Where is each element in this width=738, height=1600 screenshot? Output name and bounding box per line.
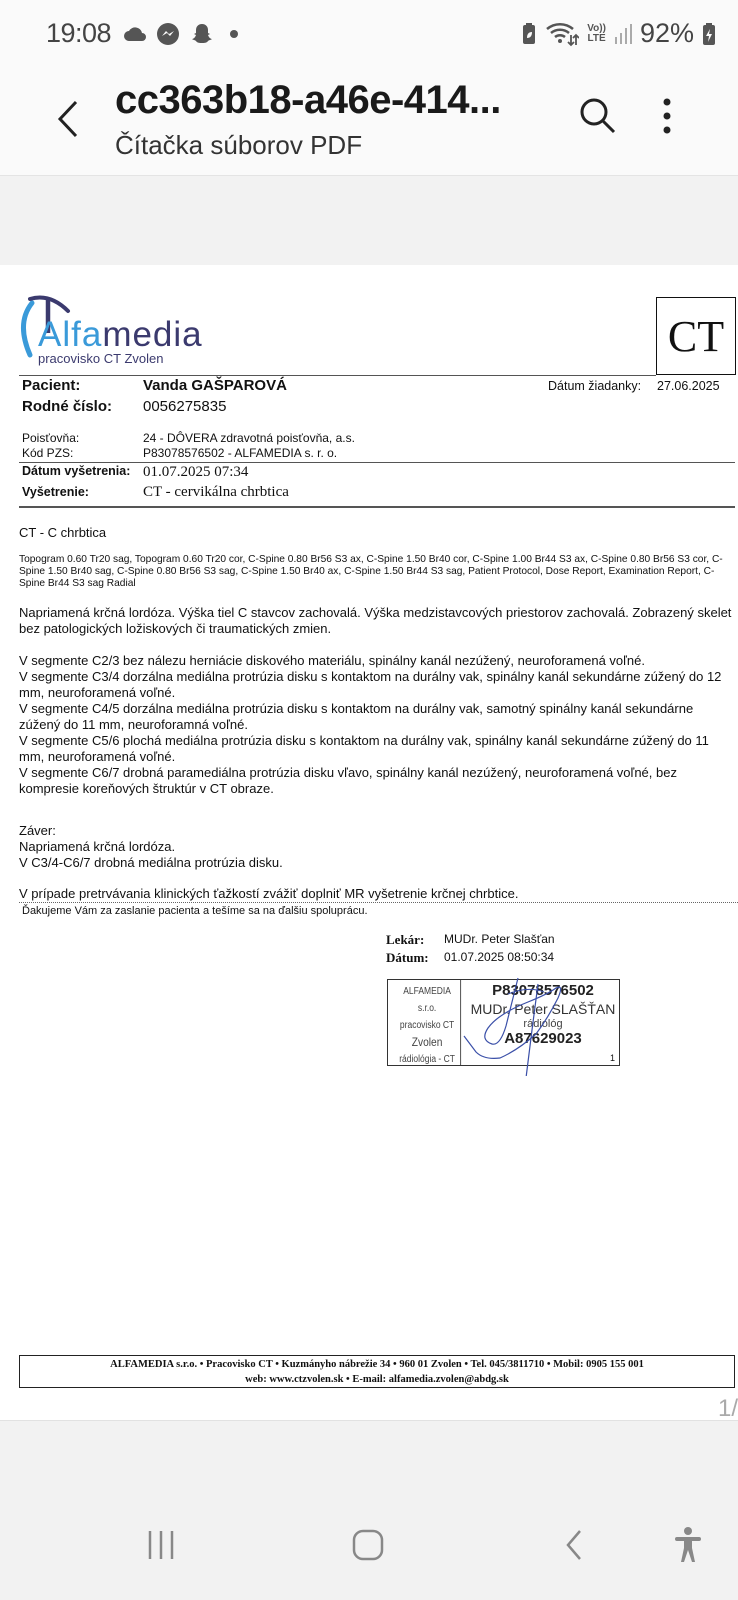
document-title: cc363b18-a46e-414... bbox=[115, 78, 501, 123]
conclusion-label: Záver: bbox=[19, 823, 734, 839]
section-title: CT - C chrbtica bbox=[19, 525, 734, 541]
status-bar: 19:08 Vo)) LTE 92% bbox=[0, 0, 738, 70]
back-button[interactable] bbox=[52, 94, 88, 144]
more-options-button[interactable] bbox=[652, 94, 682, 138]
exam-type-value: CT - cervikálna chrbtica bbox=[143, 484, 289, 501]
alfamedia-logo: Alfamedia pracovisko CT Zvolen bbox=[18, 295, 218, 370]
insurer-label: Poisťovňa: bbox=[22, 431, 79, 445]
wifi-icon bbox=[545, 21, 579, 47]
recents-icon bbox=[144, 1528, 178, 1562]
app-subtitle: Čítačka súborov PDF bbox=[115, 130, 362, 161]
snapchat-icon bbox=[190, 22, 214, 46]
home-icon bbox=[351, 1528, 385, 1562]
back-icon bbox=[562, 1528, 586, 1562]
doctor-name: MUDr. Peter Slašťan bbox=[444, 932, 555, 946]
search-button[interactable] bbox=[578, 94, 618, 138]
finding-item: V segmente C6/7 drobná paramediálna prot… bbox=[19, 765, 734, 797]
battery-charging-icon bbox=[702, 22, 716, 46]
messenger-icon bbox=[156, 22, 180, 46]
divider bbox=[19, 462, 735, 463]
status-time: 19:08 bbox=[46, 18, 111, 49]
footer-contact: web: www.ctzvolen.sk • E-mail: alfamedia… bbox=[20, 1372, 734, 1387]
finding-item: V segmente C3/4 dorzálna mediálna protrú… bbox=[19, 669, 734, 701]
doctor-label: Lekár: bbox=[386, 932, 424, 948]
finding-item: V segmente C4/5 dorzálna mediálna protrú… bbox=[19, 701, 734, 733]
stamp-number: 1 bbox=[610, 1053, 615, 1063]
dot-icon bbox=[224, 28, 244, 40]
home-button[interactable] bbox=[351, 1528, 385, 1567]
finding-item: V segmente C5/6 plochá mediálna protrúzi… bbox=[19, 733, 734, 765]
findings-segments: V segmente C2/3 bez nálezu herniácie dis… bbox=[19, 653, 734, 797]
stamp-code: P83078576502 bbox=[467, 982, 619, 999]
birth-number-label: Rodné číslo: bbox=[22, 398, 112, 415]
battery-percent: 92% bbox=[640, 18, 694, 49]
modality-badge: CT bbox=[656, 297, 736, 375]
divider bbox=[19, 375, 656, 376]
document-footer: ALFAMEDIA s.r.o. • Pracovisko CT • Kuzmá… bbox=[19, 1355, 735, 1388]
conclusion-line: Napriamená krčná lordóza. bbox=[19, 839, 734, 855]
conclusion: Záver: Napriamená krčná lordóza. V C3/4-… bbox=[19, 823, 734, 871]
pdf-page[interactable]: Alfamedia pracovisko CT Zvolen CT Pacien… bbox=[0, 265, 738, 1420]
signature-date-label: Dátum: bbox=[386, 950, 429, 966]
page-bottom-edge bbox=[0, 1420, 738, 1421]
logo-alfa: Alfa bbox=[38, 315, 102, 354]
findings-intro: Napriamená krčná lordóza. Výška tiel C s… bbox=[19, 605, 734, 637]
signal-icon bbox=[614, 23, 632, 45]
doctor-stamp: ALFAMEDIA s.r.o. pracovisko CT Zvolen rá… bbox=[387, 979, 620, 1066]
stamp-name: MUDr. Peter SLAŠŤAN bbox=[467, 1001, 619, 1017]
volte-lte-icon: Vo)) LTE bbox=[587, 24, 606, 44]
system-back-button[interactable] bbox=[562, 1528, 586, 1567]
recommendation: V prípade pretrvávania klinických ťažkos… bbox=[19, 886, 734, 902]
pzs-value: P83078576502 - ALFAMEDIA s. r. o. bbox=[143, 446, 337, 460]
cloud-icon bbox=[124, 26, 146, 42]
request-date-value: 27.06.2025 bbox=[657, 379, 720, 393]
patient-label: Pacient: bbox=[22, 377, 80, 394]
series-list: Topogram 0.60 Tr20 sag, Topogram 0.60 Tr… bbox=[19, 554, 734, 590]
exam-type-label: Vyšetrenie: bbox=[22, 485, 89, 499]
pzs-label: Kód PZS: bbox=[22, 446, 73, 460]
accessibility-button[interactable] bbox=[673, 1526, 703, 1571]
search-icon bbox=[578, 94, 618, 138]
recents-button[interactable] bbox=[144, 1528, 178, 1567]
request-date-label: Dátum žiadanky: bbox=[548, 379, 641, 393]
navigation-bar bbox=[0, 1490, 738, 1600]
stamp-role: rádiológ bbox=[467, 1018, 619, 1030]
logo-media: media bbox=[102, 315, 202, 354]
finding-item: V segmente C2/3 bez nálezu herniácie dis… bbox=[19, 653, 734, 669]
app-bar: cc363b18-a46e-414... Čítačka súborov PDF bbox=[0, 70, 738, 176]
patient-name: Vanda GAŠPAROVÁ bbox=[143, 377, 287, 394]
footer-address: ALFAMEDIA s.r.o. • Pracovisko CT • Kuzmá… bbox=[20, 1357, 734, 1372]
signature-date-value: 01.07.2025 08:50:34 bbox=[444, 950, 554, 964]
divider bbox=[19, 506, 735, 508]
conclusion-line: V C3/4-C6/7 drobná mediálna protrúzia di… bbox=[19, 855, 734, 871]
battery-saver-icon bbox=[521, 22, 537, 46]
more-vertical-icon bbox=[652, 94, 682, 138]
insurer-value: 24 - DÔVERA zdravotná poisťovňa, a.s. bbox=[143, 431, 355, 445]
stamp-id: A87629023 bbox=[467, 1030, 619, 1047]
accessibility-icon bbox=[673, 1526, 703, 1566]
page-indicator: 1/ bbox=[718, 1395, 738, 1423]
exam-date-value: 01.07.2025 07:34 bbox=[143, 464, 248, 481]
thanks-note: Ďakujeme Vám za zaslanie pacienta a teší… bbox=[22, 905, 737, 917]
dotted-divider bbox=[19, 902, 738, 903]
birth-number-value: 0056275835 bbox=[143, 398, 226, 415]
exam-date-label: Dátum vyšetrenia: bbox=[22, 464, 130, 478]
logo-subtitle: pracovisko CT Zvolen bbox=[38, 351, 163, 366]
chevron-left-icon bbox=[52, 94, 88, 144]
